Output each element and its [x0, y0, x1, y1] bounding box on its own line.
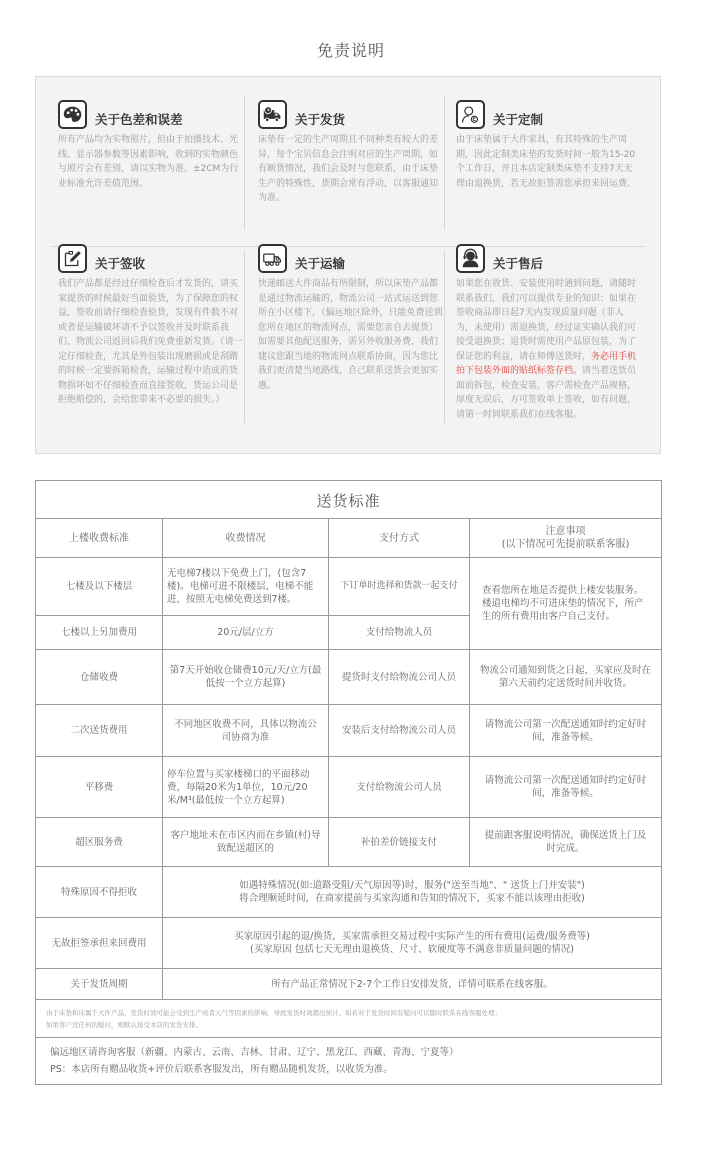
row-payment: 补拍差价链接支付	[329, 818, 470, 867]
column-header: 支付方式	[329, 519, 470, 558]
disclaimer-transport: 关于运输 快递邮送大件商品有所限制，所以床垫产品都是通过物流运输的，物流公司一站…	[250, 239, 445, 439]
column-divider	[444, 95, 445, 230]
shipping-note: 由于床垫和床属于大件产品，发货时效可能会受到生产或者天气等因素的影响，导致发货时…	[36, 1000, 662, 1038]
disclaimer-text: 由于床垫属于大件家具，有其特殊的生产周期，因此定制类床垫的发货时间一般为15-2…	[456, 133, 641, 191]
table-row: 特殊原因不得拒收 如遇特殊情况(如:道路受阻/天气原因等)时，服务("送至当地"…	[36, 867, 662, 918]
table-row: 仓储收费 第7天开始收仓储费10元/天/立方(最低按一个立方起算) 提货时支付给…	[36, 650, 662, 705]
row-payment: 支付给物流人员	[329, 616, 470, 650]
disclaimer-title: 关于签收	[95, 254, 145, 273]
column-header-subline: (以下情况可先提前联系客服)	[474, 538, 657, 551]
disclaimer-title: 关于发货	[295, 110, 345, 129]
gift-note: PS：本店所有赠品收货+评价后联系客服发出，所有赠品随机发货，以收货为准。	[50, 1061, 647, 1078]
row-item: 关于发货周期	[36, 969, 163, 1000]
disclaimer-row-2: 关于签收 我们产品都是经过仔细检查后才发货的，请买家提货的时候最好当面验货，为了…	[36, 239, 660, 439]
customer-service-icon	[456, 244, 485, 273]
table-row: 二次送货费用 不同地区收费不同，具体以物流公司协商为准 安装后支付给物流公司人员…	[36, 705, 662, 757]
row-payment: 下订单时选择和货款一起支付	[329, 558, 470, 616]
truck-icon	[258, 244, 287, 273]
table-row: 七楼及以下楼层 无电梯7楼以下免费上门，(包含7楼)。电梯可进不限楼层，电梯不能…	[36, 558, 662, 616]
disclaimer-text: 如果您在收货、安装使用时遇到问题，请随时联系我们，我们可以提供专业的知识；如果在…	[456, 277, 641, 422]
disclaimer-title: 关于色差和误差	[95, 110, 183, 129]
note-line: 如果客户没任何的疑问，则默认接受本店的发货安排。	[46, 1019, 651, 1031]
footer-row: 偏远地区请咨询客服（新疆、内蒙古、云南、吉林、甘肃、辽宁、黑龙江、西藏、青海、宁…	[36, 1038, 662, 1085]
row-fee: 不同地区收费不同，具体以物流公司协商为准	[163, 705, 329, 757]
description-line: 买家原因引起的退/换货，买家需承担交易过程中实际产生的所有费用(运费/服务费等)	[167, 930, 657, 943]
sign-edit-icon	[58, 244, 87, 273]
table-row: 超区服务费 客户地址未在市区内而在乡镇(村)导致配送超区的 补拍差价链接支付 提…	[36, 818, 662, 867]
row-note: 物流公司通知到货之日起，买家应及时在第六天前约定送货时间并收货。	[470, 650, 662, 705]
disclaimer-color-difference: 关于色差和误差 所有产品均为实物照片，但由于拍摄技术、光线、显示器参数等因素影响…	[50, 95, 245, 245]
row-payment: 提货时支付给物流公司人员	[329, 650, 470, 705]
disclaimer-title: 关于运输	[295, 254, 345, 273]
disclaimer-shipping: 关于发货 床垫有一定的生产周期且不同种类有较大的差异，每个宝贝信息会注明对应的生…	[250, 95, 445, 245]
column-header: 上楼收费标准	[36, 519, 163, 558]
disclaimer-title: 关于定制	[493, 110, 543, 129]
row-item: 平移费	[36, 757, 163, 818]
row-fee: 第7天开始收仓储费10元/天/立方(最低按一个立方起算)	[163, 650, 329, 705]
table-header-row: 上楼收费标准 收费情况 支付方式 注意事项 (以下情况可先提前联系客服)	[36, 519, 662, 558]
disclaimer-row-1: 关于色差和误差 所有产品均为实物照片，但由于拍摄技术、光线、显示器参数等因素影响…	[36, 95, 660, 245]
table-row: 关于发货周期 所有产品正常情况下2-7个工作日安排发货，详情可联系在线客服。	[36, 969, 662, 1000]
row-note: 提前跟客服说明情况，确保送货上门及时完成。	[470, 818, 662, 867]
delivery-standard-table: 送货标准 上楼收费标准 收费情况 支付方式 注意事项 (以下情况可先提前联系客服…	[35, 480, 662, 1085]
disclaimer-title: 关于售后	[493, 254, 543, 273]
column-header: 收费情况	[163, 519, 329, 558]
description-line: (买家原因 包括七天无理由退换货、尺寸、软硬度等不满意非质量问题的情况)	[167, 943, 657, 956]
after-sales-text: 如果您在收货、安装使用时遇到问题，请随时联系我们，我们可以提供专业的知识；如果在…	[456, 279, 636, 362]
disclaimer-text: 所有产品均为实物照片，但由于拍摄技术、光线、显示器参数等因素影响，收到的实物颜色…	[58, 133, 243, 191]
description-line: 如遇特殊情况(如:道路受阻/天气原因等)时，服务("送至当地"、" 送货上门并安…	[167, 879, 657, 892]
column-divider	[444, 251, 445, 423]
row-fee: 停车位置与买家楼梯口的平面移动费，每隔20米为1单位，10元/20米/M³(最低…	[163, 757, 329, 818]
footer-note: 偏远地区请咨询客服（新疆、内蒙古、云南、吉林、甘肃、辽宁、黑龙江、西藏、青海、宁…	[36, 1038, 662, 1085]
row-item: 仓储收费	[36, 650, 163, 705]
column-header-line: 注意事项	[474, 525, 657, 538]
truck-clock-icon	[258, 100, 287, 129]
row-fee: 客户地址未在市区内而在乡镇(村)导致配送超区的	[163, 818, 329, 867]
palette-icon	[58, 100, 87, 129]
row-item: 无故拒签承担来回费用	[36, 918, 163, 969]
row-item: 七楼及以下楼层	[36, 558, 163, 616]
table-title: 送货标准	[36, 481, 662, 519]
row-note: 请物流公司第一次配送通知时约定好时间，准备等候。	[470, 757, 662, 818]
row-description: 买家原因引起的退/换货，买家需承担交易过程中实际产生的所有费用(运费/服务费等)…	[163, 918, 662, 969]
description-line: 将合理顺延时间，在商家提前与买家沟通和告知的情况下，买家不能以该理由拒收)	[167, 892, 657, 905]
row-note: 查看您所在地是否提供上楼安装服务。楼道电梯均不可进床垫的情况下，所产生的所有费用…	[470, 558, 662, 650]
column-header: 注意事项 (以下情况可先提前联系客服)	[470, 519, 662, 558]
column-divider	[244, 95, 245, 230]
row-note: 请物流公司第一次配送通知时约定好时间，准备等候。	[470, 705, 662, 757]
page-title: 免责说明	[0, 38, 702, 61]
disclaimer-text: 床垫有一定的生产周期且不同种类有较大的差异，每个宝贝信息会注明对应的生产周期，如…	[258, 133, 443, 206]
row-item: 超区服务费	[36, 818, 163, 867]
row-payment: 安装后支付给物流公司人员	[329, 705, 470, 757]
user-custom-icon	[456, 100, 485, 129]
disclaimer-text: 我们产品都是经过仔细检查后才发货的，请买家提货的时候最好当面验货，为了保障您的权…	[58, 277, 243, 408]
row-item: 七楼以上另加费用	[36, 616, 163, 650]
row-item: 二次送货费用	[36, 705, 163, 757]
disclaimer-customization: 关于定制 由于床垫属于大件家具，有其特殊的生产周期，因此定制类床垫的发货时间一般…	[448, 95, 643, 245]
table-row: 无故拒签承担来回费用 买家原因引起的退/换货，买家需承担交易过程中实际产生的所有…	[36, 918, 662, 969]
row-item: 特殊原因不得拒收	[36, 867, 163, 918]
row-description: 如遇特殊情况(如:道路受阻/天气原因等)时，服务("送至当地"、" 送货上门并安…	[163, 867, 662, 918]
disclaimer-after-sales: 关于售后 如果您在收货、安装使用时遇到问题，请随时联系我们，我们可以提供专业的知…	[448, 239, 643, 439]
remote-area-note: 偏远地区请咨询客服（新疆、内蒙古、云南、吉林、甘肃、辽宁、黑龙江、西藏、青海、宁…	[50, 1044, 647, 1061]
table-row: 平移费 停车位置与买家楼梯口的平面移动费，每隔20米为1单位，10元/20米/M…	[36, 757, 662, 818]
shipping-note-row: 由于床垫和床属于大件产品，发货时效可能会受到生产或者天气等因素的影响，导致发货时…	[36, 1000, 662, 1038]
row-payment: 支付给物流公司人员	[329, 757, 470, 818]
disclaimer-panel: 关于色差和误差 所有产品均为实物照片，但由于拍摄技术、光线、显示器参数等因素影响…	[35, 76, 661, 454]
column-divider	[244, 251, 245, 423]
row-description: 所有产品正常情况下2-7个工作日安排发货，详情可联系在线客服。	[163, 969, 662, 1000]
disclaimer-text: 快递邮送大件商品有所限制，所以床垫产品都是通过物流运输的，物流公司一站式运送到您…	[258, 277, 443, 393]
disclaimer-receipt: 关于签收 我们产品都是经过仔细检查后才发货的，请买家提货的时候最好当面验货，为了…	[50, 239, 245, 439]
note-line: 由于床垫和床属于大件产品，发货时效可能会受到生产或者天气等因素的影响，导致发货时…	[46, 1007, 651, 1019]
row-fee: 无电梯7楼以下免费上门，(包含7楼)。电梯可进不限楼层，电梯不能进，按照无电梯免…	[163, 558, 329, 616]
row-fee: 20元/层/立方	[163, 616, 329, 650]
